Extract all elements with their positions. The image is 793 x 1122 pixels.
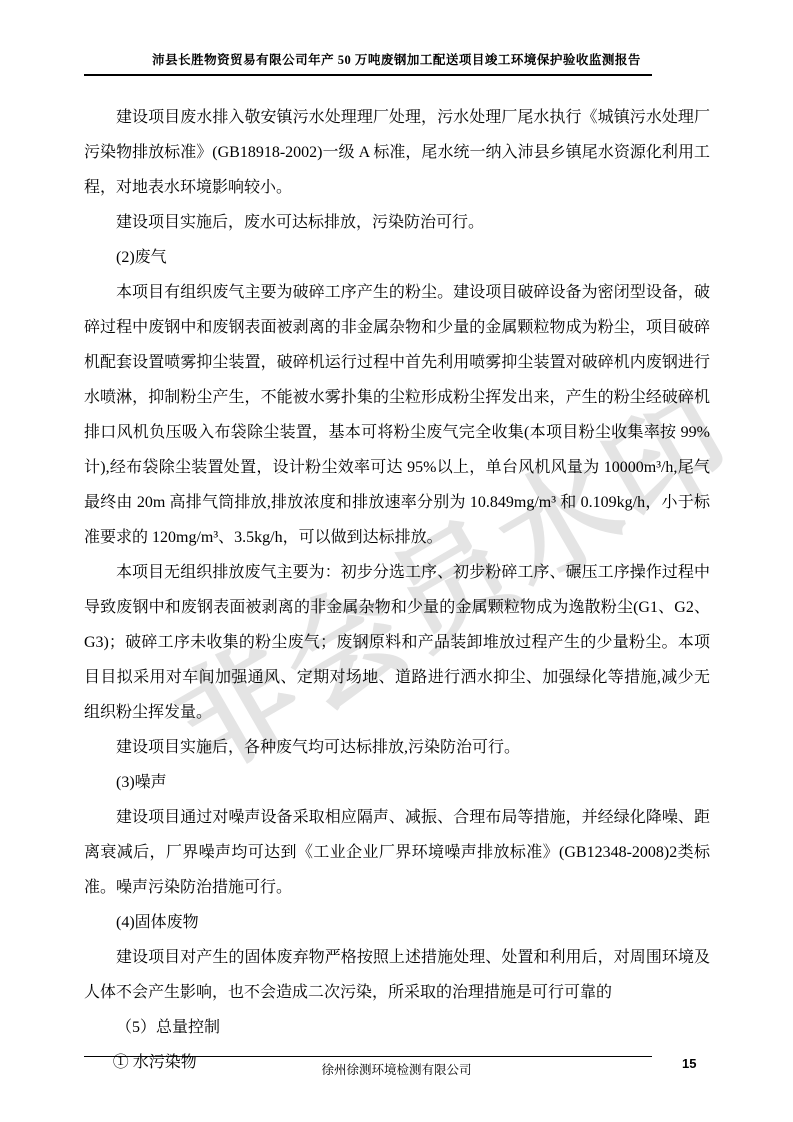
paragraph-wastewater-treatment: 建设项目废水排入敬安镇污水处理理厂处理，污水处理厂尾水执行《城镇污水处理厂污染物…: [84, 100, 710, 205]
report-body: 建设项目废水排入敬安镇污水处理理厂处理，污水处理厂尾水执行《城镇污水处理厂污染物…: [84, 100, 710, 1080]
heading-waste-gas: (2)废气: [84, 240, 710, 275]
footer-rule: [84, 1056, 652, 1057]
paragraph-waste-gas-conclusion: 建设项目实施后，各种废气均可达标排放,污染防治可行。: [84, 730, 710, 765]
footer-company-name: 徐州徐测环境检测有限公司: [0, 1060, 793, 1078]
page-number: 15: [682, 1056, 696, 1071]
report-header-title: 沛县长胜物资贸易有限公司年产 50 万吨废钢加工配送项目竣工环境保护验收监测报告: [0, 50, 793, 68]
heading-total-amount-control: （5）总量控制: [84, 1010, 710, 1045]
paragraph-solid-waste: 建设项目对产生的固体废弃物严格按照上述措施处理、处置和利用后，对周围环境及人体不…: [84, 940, 710, 1010]
paragraph-unorganized-waste-gas: 本项目无组织排放废气主要为：初步分选工序、初步粉碎工序、碾压工序操作过程中导致废…: [84, 555, 710, 730]
paragraph-noise: 建设项目通过对噪声设备采取相应隔声、减振、合理布局等措施，并经绿化降噪、距离衰减…: [84, 800, 710, 905]
paragraph-wastewater-conclusion: 建设项目实施后，废水可达标排放，污染防治可行。: [84, 205, 710, 240]
heading-solid-waste: (4)固体废物: [84, 905, 710, 940]
document-page: 沛县长胜物资贸易有限公司年产 50 万吨废钢加工配送项目竣工环境保护验收监测报告…: [0, 0, 793, 1122]
header-rule: [84, 74, 652, 76]
paragraph-organized-waste-gas: 本项目有组织废气主要为破碎工序产生的粉尘。建设项目破碎设备为密闭型设备，破碎过程…: [84, 275, 710, 555]
heading-noise: (3)噪声: [84, 765, 710, 800]
